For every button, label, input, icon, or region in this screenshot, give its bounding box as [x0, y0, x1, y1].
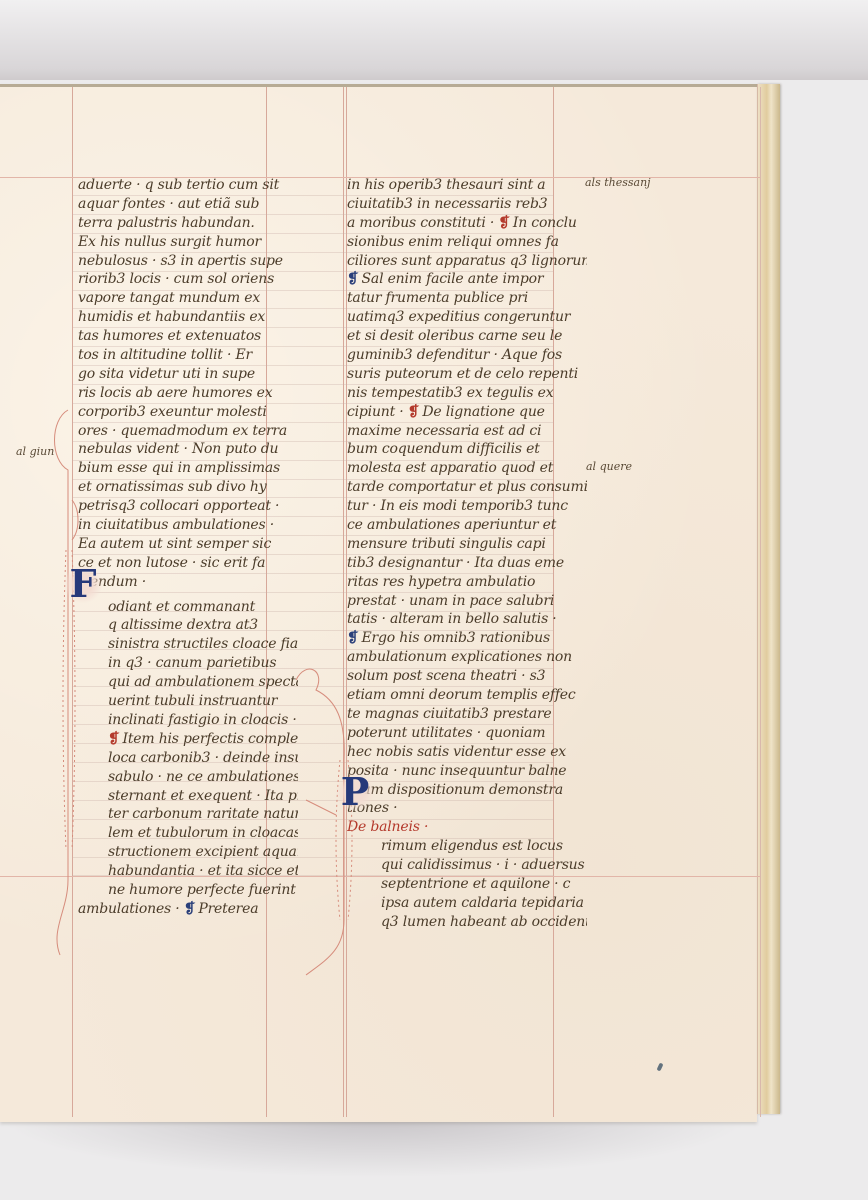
text-line: tarde comportatur et plus consumi: [347, 478, 587, 497]
text-line: ciuitatib3 in necessariis reb3: [347, 195, 587, 214]
text-line: petrisq3 collocari opporteat ·: [78, 497, 298, 516]
paragraph-mark-icon: ❡: [498, 215, 510, 231]
text-line: mensure tributi singulis capi: [347, 535, 587, 554]
text-line: bum coquendum difficilis et: [347, 440, 587, 459]
text-line: a moribus constituti · ❡In conclu: [347, 214, 587, 233]
text-line: qui ad ambulationem specta: [108, 673, 298, 692]
text-line: in q3 · canum parietibus: [108, 654, 298, 673]
text-line: habundantia · et ita sicce et si: [108, 862, 298, 881]
paragraph-mark-icon: ❡: [184, 901, 196, 917]
text-line: ambulationum explicationes non: [347, 648, 587, 667]
text-line: septentrione et aquilone · c: [381, 875, 587, 894]
text-line: uatimq3 expeditius congeruntur: [347, 308, 587, 327]
text-line: tatis · alteram in bello salutis ·: [347, 610, 587, 629]
text-line: posita · nunc insequuntur balne: [347, 762, 587, 781]
text-line: aquar fontes · aut etiã sub: [78, 195, 298, 214]
text-line: ritas res hypetra ambulatio: [347, 573, 587, 592]
paragraph-mark-icon: ❡: [108, 731, 120, 747]
text-line: etiam omni deorum templis effec: [347, 686, 587, 705]
text-line: ❡Item his perfectis compleantur ca: [108, 730, 298, 749]
text-line: ter carbonum raritate natura: [108, 805, 298, 824]
text-line: sternant et exequent · Ita prop: [108, 787, 298, 806]
text-line-left-last: ambulationes · ❡Preterea: [78, 900, 298, 919]
text-line: ne humore perfecte fuerint: [108, 881, 298, 900]
text-line: sionibus enim reliqui omnes fa: [347, 233, 587, 252]
text-line: Ea autem ut sint semper sic: [78, 535, 298, 554]
paragraph-mark-icon: ❡: [347, 630, 359, 646]
text-line: nis tempestatib3 ex tegulis ex: [347, 384, 587, 403]
text-line: go sita videtur uti in supe: [78, 365, 298, 384]
text-line: qui calidissimus · i · aduersus: [381, 856, 587, 875]
text-line: Ex his nullus surgit humor: [78, 233, 298, 252]
text-line: tatur frumenta publice pri: [347, 289, 587, 308]
text-line: tib3 designantur · Ita duas eme: [347, 554, 587, 573]
text-line: structionem excipient aquar: [108, 843, 298, 862]
text-line: guminib3 defenditur · Aque fos: [347, 346, 587, 365]
text-line: tas humores et extenuatos: [78, 327, 298, 346]
text-line: aduerte · q sub tertio cum sit: [78, 176, 298, 195]
text-line: ores · quemadmodum ex terra: [78, 422, 298, 441]
text-line: ciliores sunt apparatus q3 lignorum: [347, 252, 587, 271]
text-line: nebulas vident · Non puto du: [78, 440, 298, 459]
text-line: hec nobis satis videntur esse ex: [347, 743, 587, 762]
text-line: tos in altitudine tollit · Er: [78, 346, 298, 365]
text-line: riorib3 locis · cum sol oriens: [78, 270, 298, 289]
text-line: ris locis ab aere humores ex: [78, 384, 298, 403]
text-line: suris puteorum et de celo repenti: [347, 365, 587, 384]
text-line: terra palustris habundan.: [78, 214, 298, 233]
text-line: sabulo · ne ce ambulationes: [108, 768, 298, 787]
text-line: ce et non lutose · sic erit fa: [78, 554, 298, 573]
text-line: tiones ·: [347, 799, 587, 818]
rubric-heading: De balneis ·: [347, 818, 587, 837]
text-line: ipsa autem caldaria tepidaria: [381, 894, 587, 913]
text-line: poterunt utilitates · quoniam: [347, 724, 587, 743]
text-line: lem et tubulorum in cloacas in: [108, 824, 298, 843]
text-line: prestat · unam in pace salubri: [347, 592, 587, 611]
text-line: arum dispositionum demonstra: [347, 781, 587, 800]
text-line: bium esse qui in amplissimas: [78, 459, 298, 478]
text-line: q3 lumen habeant ab occidente: [381, 913, 587, 932]
ruling-vertical-outer: [760, 87, 761, 1117]
photo-backdrop-top: [0, 0, 868, 80]
text-line: vapore tangat mundum ex: [78, 289, 298, 308]
text-line: in his operib3 thesauri sint a: [347, 176, 587, 195]
text-column-left: aduerte · q sub tertio cum sitaquar font…: [78, 176, 298, 919]
text-line: tur · In eis modi temporib3 tunc: [347, 497, 587, 516]
text-line: humidis et habundantiis ex: [78, 308, 298, 327]
text-line: et ornatissimas sub divo hy: [78, 478, 298, 497]
decorated-initial-f: F: [64, 564, 102, 604]
text-line: nebulosus · s3 in apertis supe: [78, 252, 298, 271]
text-line: q altissime dextra at3: [108, 616, 298, 635]
text-line: ❡Sal enim facile ante impor: [347, 270, 587, 289]
text-line: odiant et commanant: [108, 598, 298, 617]
text-line: ce ambulationes aperiuntur et: [347, 516, 587, 535]
text-line: loca carbonib3 · deinde insu: [108, 749, 298, 768]
text-line: te magnas ciuitatib3 prestare: [347, 705, 587, 724]
text-line: solum post scena theatri · s3: [347, 667, 587, 686]
text-line: uerint tubuli instruantur: [108, 692, 298, 711]
text-line: corporib3 exeuntur molesti: [78, 403, 298, 422]
page-shadow: [0, 1118, 750, 1178]
text-line: in ciuitatibus ambulationes ·: [78, 516, 298, 535]
text-line: cipiunt · ❡De lignatione que: [347, 403, 587, 422]
paragraph-mark-icon: ❡: [347, 271, 359, 287]
text-line: sinistra structiles cloace fiat: [108, 635, 298, 654]
text-line: rimum eligendus est locus: [381, 837, 587, 856]
text-column-right: in his operib3 thesauri sint aciuitatib3…: [347, 176, 587, 932]
margin-note-right-middle: al quere: [586, 460, 632, 473]
decorated-initial-p: P: [336, 772, 374, 812]
text-line: inclinati fastigio in cloacis ·: [108, 711, 298, 730]
text-line: molesta est apparatio quod et: [347, 459, 587, 478]
text-line: ciendum ·: [78, 573, 298, 592]
margin-note-top-right: als thessanj: [585, 176, 651, 189]
text-line: maxime necessaria est ad ci: [347, 422, 587, 441]
text-line: et si desit oleribus carne seu le: [347, 327, 587, 346]
paragraph-mark-icon: ❡: [408, 404, 420, 420]
text-line: ❡Ergo his omnib3 rationibus: [347, 629, 587, 648]
